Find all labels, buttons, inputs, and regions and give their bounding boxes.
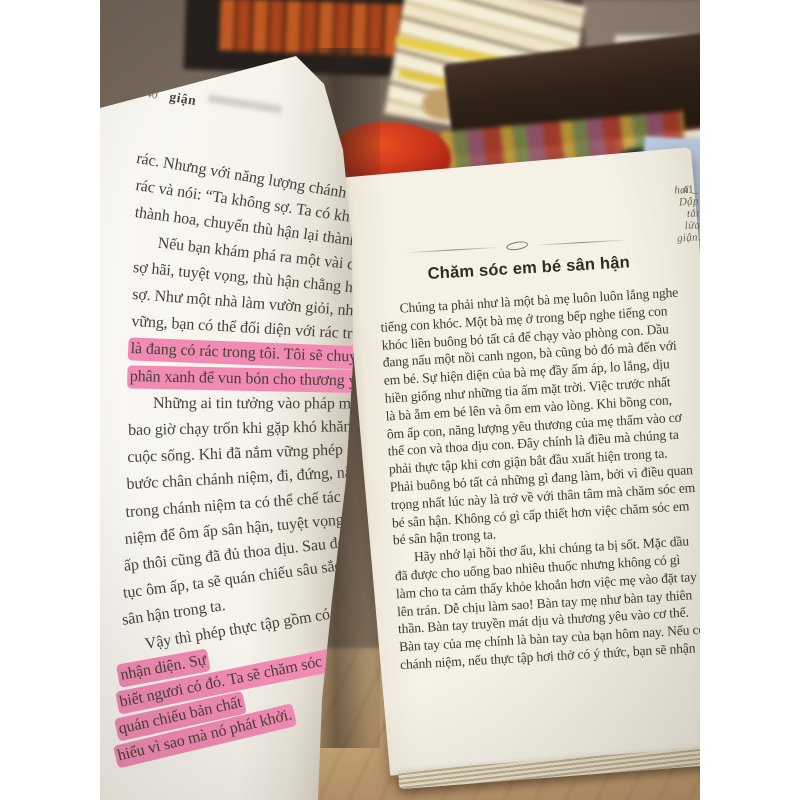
running-head: hai _ Dập tắt lửa giận.41 xyxy=(479,185,674,196)
page-number-right: 41 xyxy=(674,184,694,197)
body-text: bao giờ chạy trốn khi gặp khó khăn xyxy=(128,418,352,440)
divider-line xyxy=(404,246,500,253)
highlighted-text: phân xanh để vun bón cho thương yêu xyxy=(130,368,372,391)
faint-header-smudge xyxy=(208,94,282,113)
body-text: cuộc sống. Khi đã nắm vững phép xyxy=(127,442,343,467)
page-number-left: 40 xyxy=(145,88,166,103)
section-divider-ornament xyxy=(404,235,629,256)
section-heading: Chăm sóc em bé sân hận xyxy=(427,253,630,284)
left-page-header: 40 giận xyxy=(145,84,198,110)
divider-swirl-icon xyxy=(505,240,528,251)
book-photo: MELO get this r hai _ Dập tắt lửa giận.4… xyxy=(100,0,700,800)
screenshot-canvas: MELO get this r hai _ Dập tắt lửa giận.4… xyxy=(0,0,800,800)
right-page-content: hai _ Dập tắt lửa giận.41 Chăm sóc em bé… xyxy=(338,158,700,777)
body-text: Những ai tin tưởng vào pháp màu xyxy=(153,395,366,413)
running-title-left: giận xyxy=(168,89,197,108)
left-page-text-line: Vậy thì phép thực tập gồm có hai giai xyxy=(120,636,144,640)
divider-line xyxy=(533,239,629,246)
highlighted-text: là đang có rác trong tôi. Tôi sẽ chuyển xyxy=(130,340,372,367)
book-page-right: hai _ Dập tắt lửa giận.41 Chăm sóc em bé… xyxy=(338,147,700,776)
left-page-text-line: Nếu bạn khám phá ra một vài cọng rác xyxy=(135,232,159,235)
